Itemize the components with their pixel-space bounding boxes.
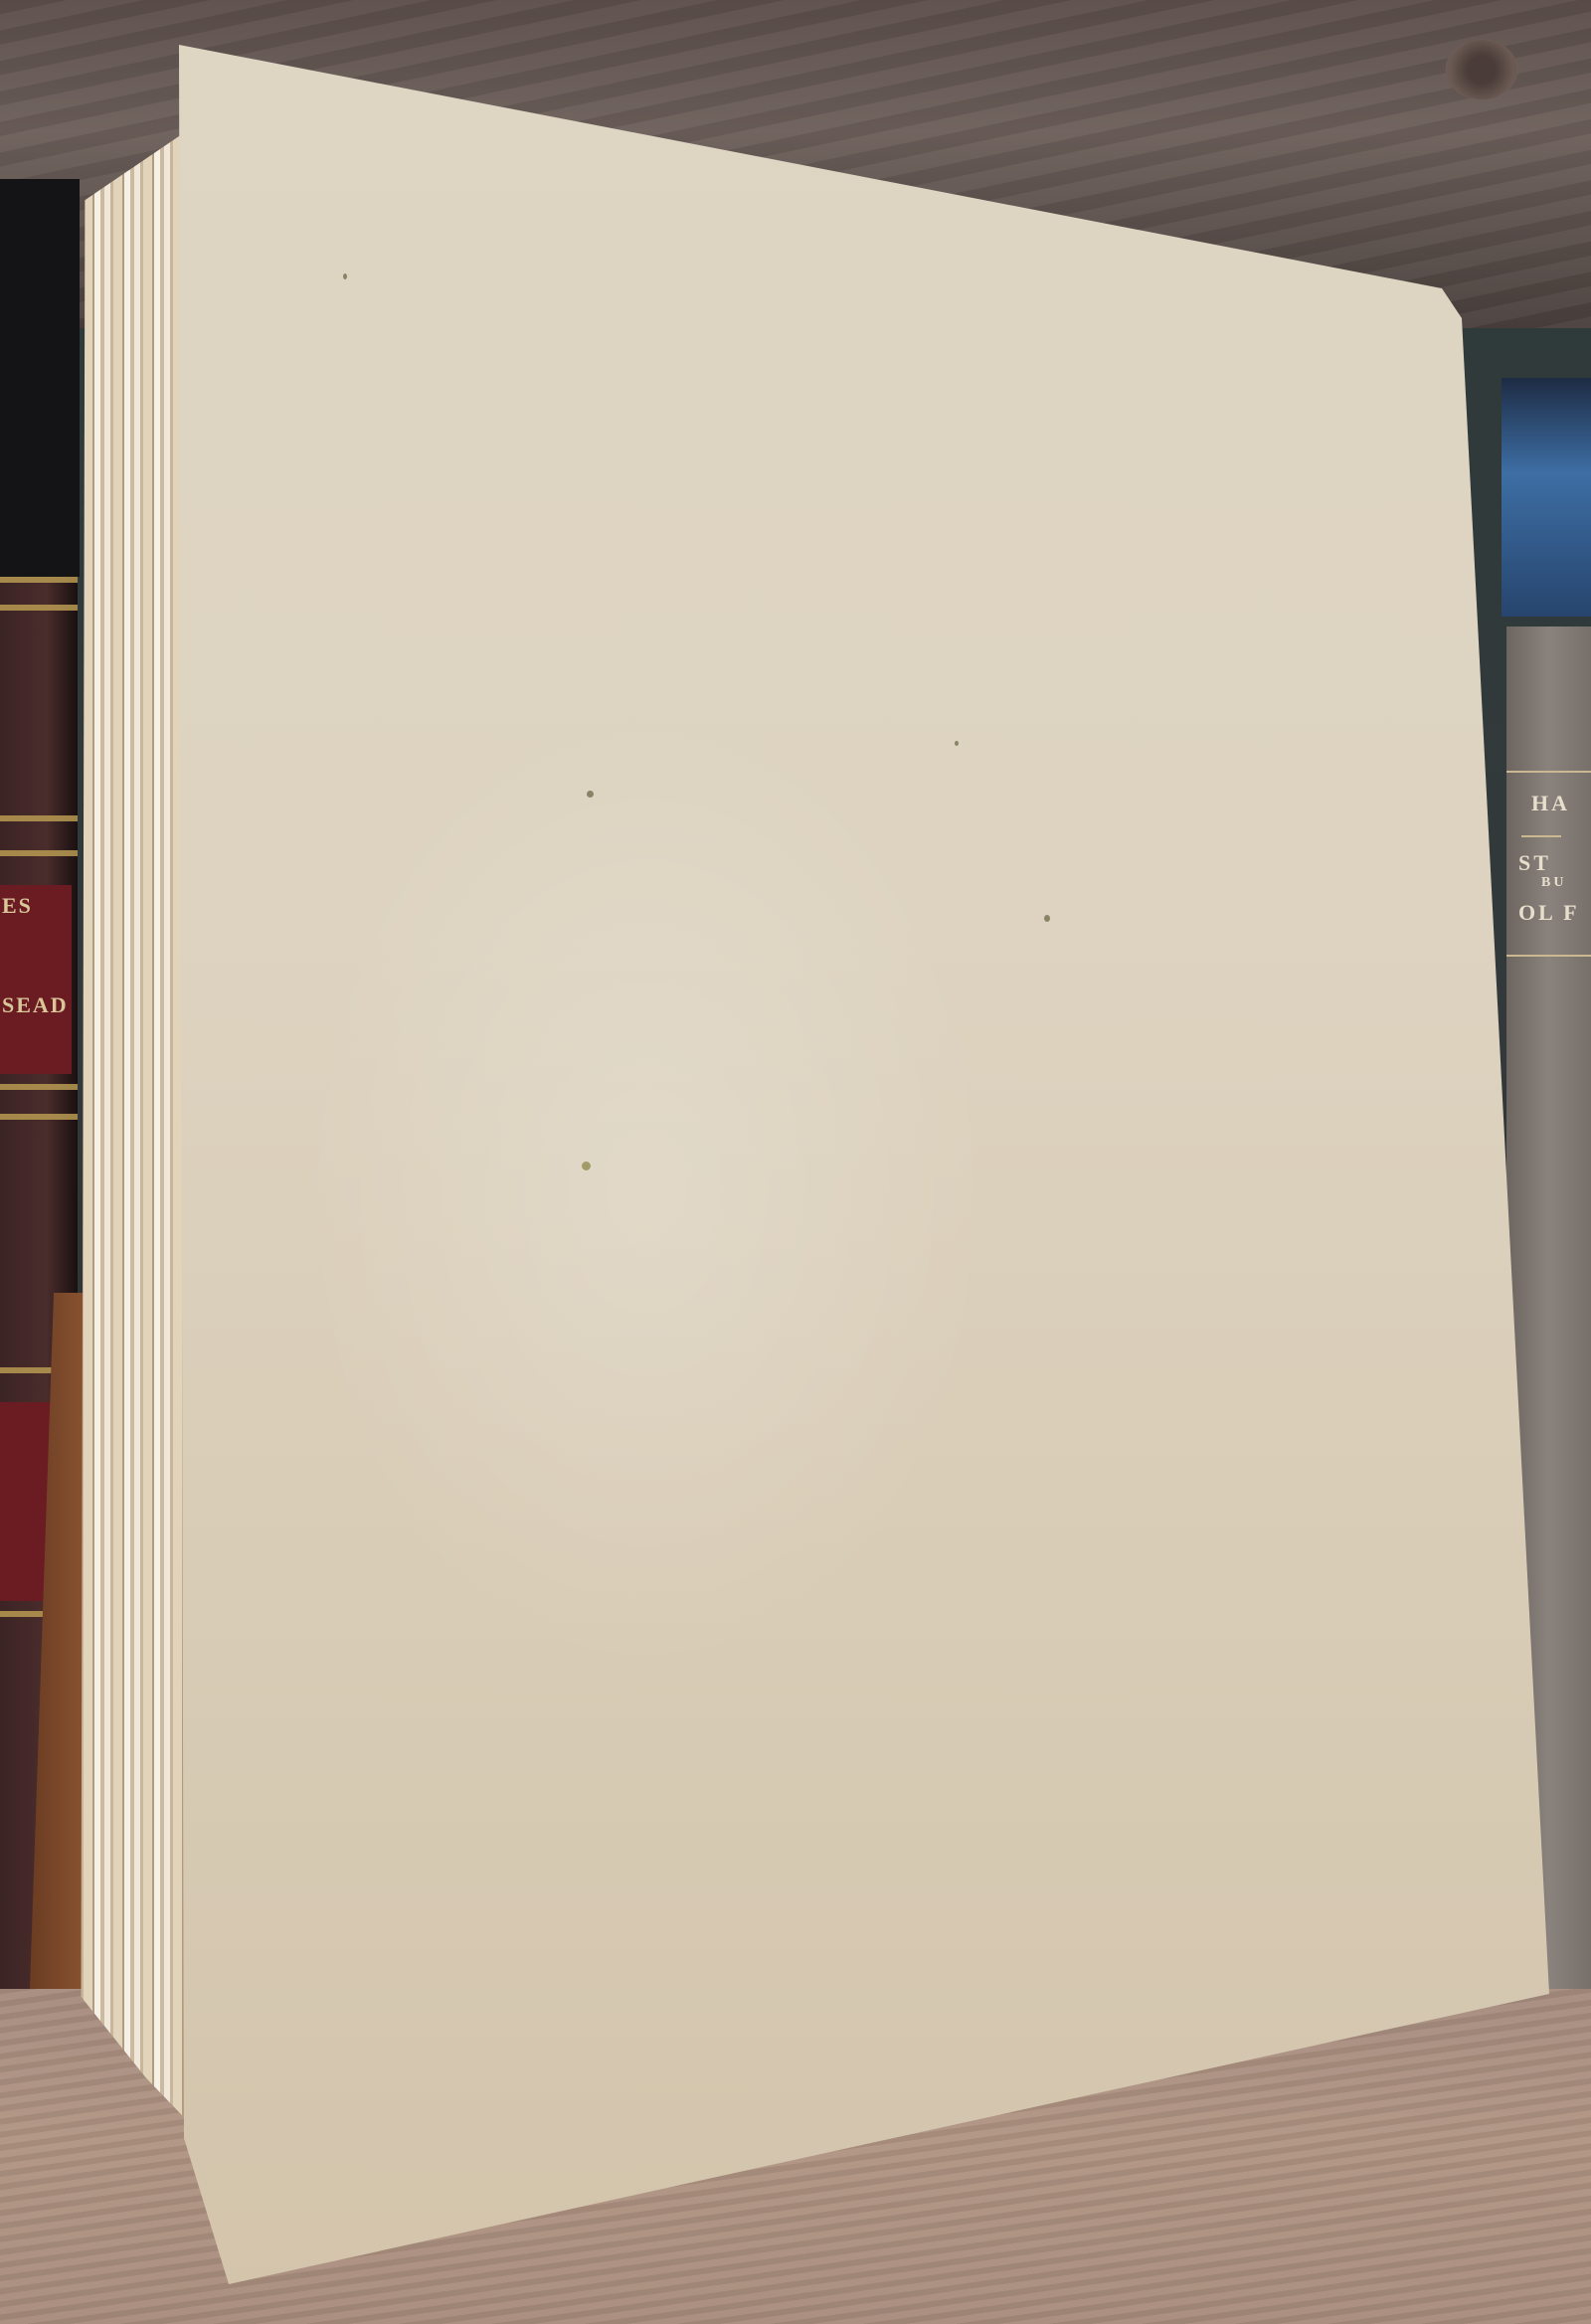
photo-scene: ES SEAD HA ST BU OL F [0,0,1591,2324]
gilt-band [0,605,78,611]
spine-text-line: BU [1541,875,1566,891]
foxing-spot [343,273,347,279]
spine-text-line: ES [2,893,33,919]
gilt-band [0,850,78,856]
gilt-line [1521,835,1561,837]
gilt-line [1506,955,1591,957]
spine-title-label: ES SEAD [0,885,72,1074]
gilt-band [0,1084,78,1090]
spine-text-line: ST [1518,850,1551,876]
gilt-band [0,577,78,583]
foxing-spot [1044,915,1050,922]
spine-text-line: SEAD [2,992,69,1018]
blue-book [1502,378,1591,617]
gilt-band [0,1114,78,1120]
spine-text-line: HA [1531,791,1570,816]
gilt-band [0,815,78,821]
wood-knot [1447,40,1516,99]
dark-book-spine [0,179,80,577]
foxing-spot [582,1162,591,1170]
foxing-spot [955,741,959,746]
paper-top-sheet [0,0,1591,2324]
foxing-spot [587,791,594,798]
spine-text-line: OL F [1518,900,1580,926]
gilt-line [1506,771,1591,773]
